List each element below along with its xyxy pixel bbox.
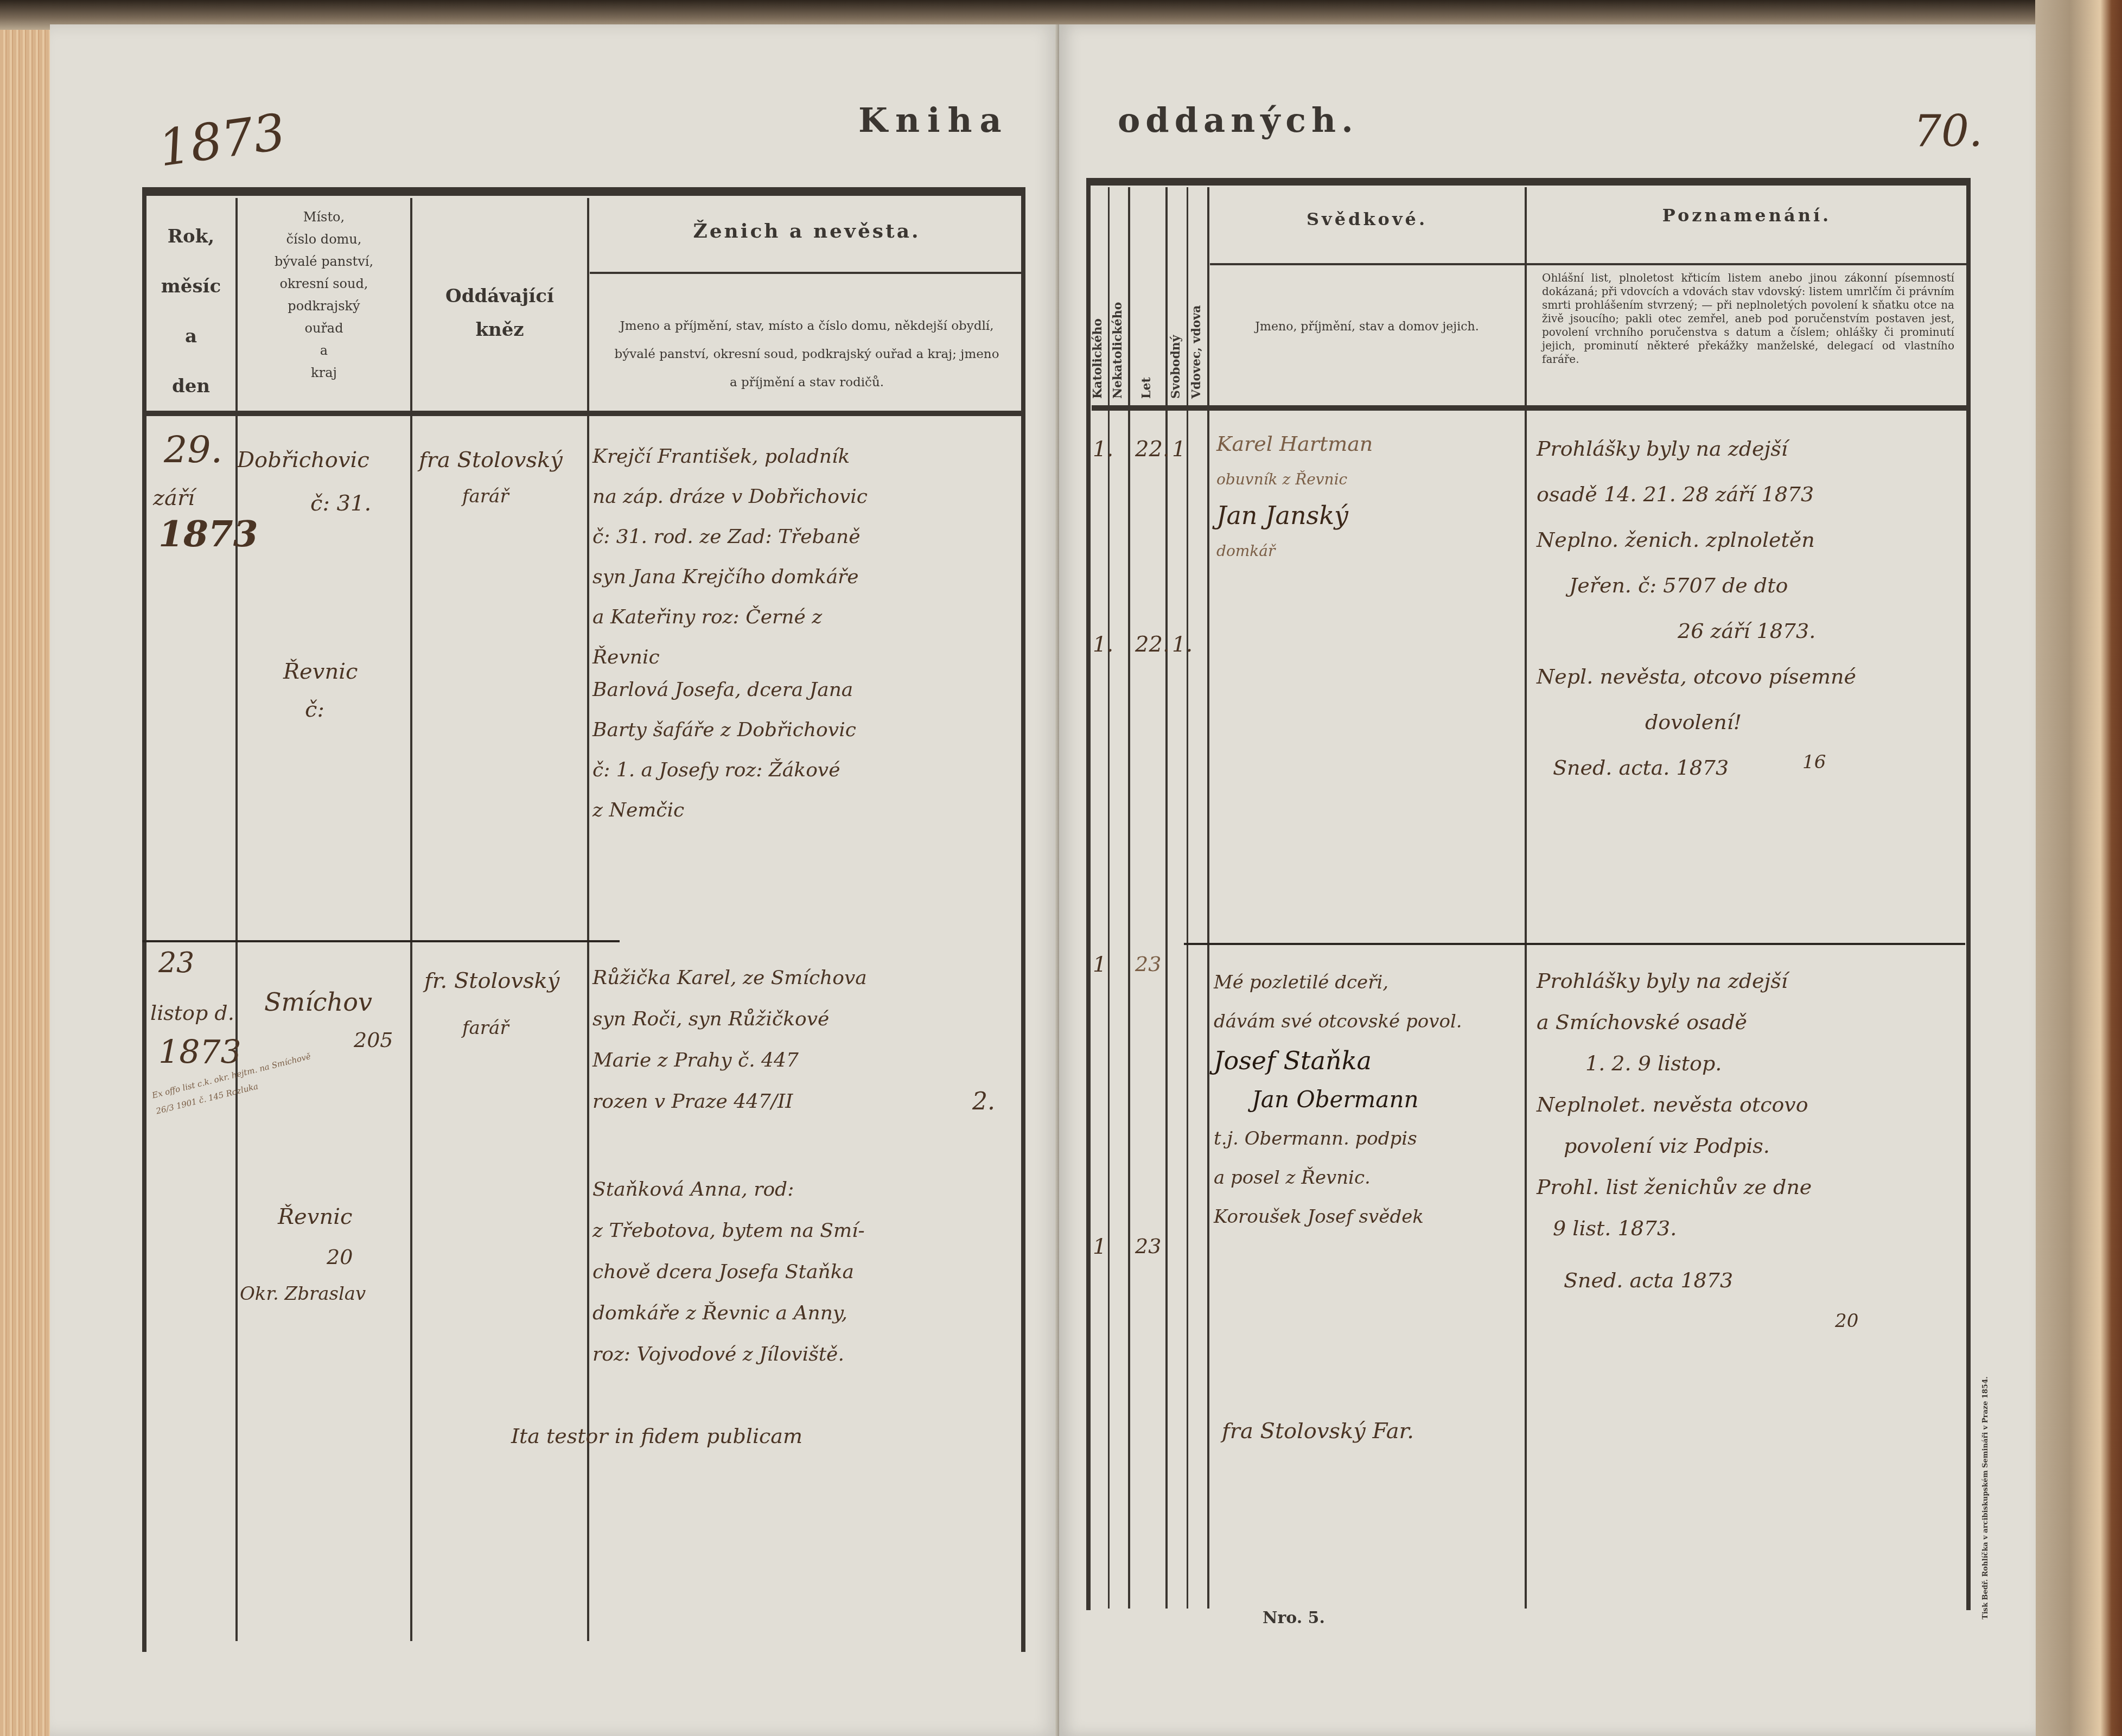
entry-1-bride-place: Řevnic	[283, 659, 358, 684]
open-register-book: 1873 Kniha Rok, měsíc a den Místo, číslo…	[0, 0, 2122, 1736]
title-kniha: Kniha	[858, 100, 1009, 140]
title-oddanych: oddaných.	[1118, 100, 1359, 140]
header-place-line: bývalé panství,	[240, 251, 408, 273]
entry-2-bride: Staňková Anna, rod: z Třebotova, bytem n…	[592, 1169, 865, 1375]
text-line: na záp. dráze v Dobřichovic	[592, 477, 868, 517]
header-date-den: den	[148, 361, 234, 411]
text-line: a Smíchovské osadě	[1537, 1001, 1812, 1043]
text-line: Jan Janský	[1216, 497, 1373, 533]
header-date-col: Rok, měsíc a den	[148, 212, 234, 411]
entry-1-month: září	[153, 486, 195, 510]
text-line: Jeřen. č: 5707 de dto	[1537, 563, 1856, 608]
entry-2-acta-number: 20	[1835, 1310, 1858, 1332]
entry-2-priest-signature: fra Stolovský Far.	[1222, 1419, 1414, 1444]
text-line: Koroušek Josef svědek	[1214, 1197, 1462, 1236]
page-number: 70.	[1914, 106, 1983, 156]
entry-2-groom-age: 23	[1135, 952, 1161, 976]
header-remarks-desc: Ohlášní list, plnoletost křticím listem …	[1542, 271, 1954, 366]
text-line: Staňková Anna, rod:	[592, 1169, 865, 1210]
text-line: povolení viz Podpis.	[1537, 1125, 1812, 1166]
entry-1-acta-number: 16	[1802, 751, 1826, 773]
entry-1-groom-place: Dobřichovic	[237, 448, 369, 473]
text-line: domkáře z Řevnic a Anny,	[592, 1293, 865, 1334]
entry-1-bride-single: 1.	[1172, 632, 1193, 657]
entry-2-groom-catholic: 1	[1093, 952, 1106, 977]
entry-2-bride-age: 23	[1135, 1234, 1161, 1258]
entry-1-bride-catholic: 1.	[1093, 632, 1113, 657]
text-line: a Kateřiny roz: Černé z	[592, 597, 868, 637]
entry-1-witnesses: Karel Hartman obuvník z Řevnic Jan Jansk…	[1216, 426, 1373, 569]
header-nekatolickeho: Nekatolického	[1111, 203, 1125, 399]
right-page: oddaných. 70. Katolického Nekatolického …	[1059, 24, 2036, 1736]
page-stack-right-edge	[2035, 0, 2122, 1736]
text-line: syn Roči, syn Růžičkové	[592, 999, 867, 1040]
entry-1-remarks: Prohlášky byly na zdejší osadě 14. 21. 2…	[1537, 426, 1856, 790]
entry-2-month: listop d.	[150, 1001, 234, 1025]
text-line: chově dcera Josefa Staňka	[592, 1252, 865, 1293]
text-line: Josef Staňka	[1214, 1041, 1462, 1080]
text-line: domkář	[1216, 533, 1373, 569]
entry-1-day: 29.	[164, 429, 222, 471]
header-place-line: podkrajský	[240, 295, 408, 317]
entry-2-day: 23	[158, 947, 194, 979]
entry-1-priest-title: farář	[462, 486, 509, 507]
text-line: Krejčí František, poladník	[592, 437, 868, 477]
text-line: Neplnolet. nevěsta otcovo	[1537, 1084, 1812, 1125]
text-line: 9 list. 1873.	[1537, 1208, 1812, 1249]
header-place-line: Místo,	[240, 206, 408, 228]
entry-1-bride-house: č:	[305, 697, 324, 722]
text-line: č: 31. rod. ze Zad: Třebaně	[592, 517, 868, 557]
header-date-rok: Rok,	[148, 212, 234, 261]
text-line: Neplno. ženich. zplnoletěn	[1537, 517, 1856, 563]
header-vdovec: Vdovec, vdova	[1189, 203, 1203, 399]
page-stack-left-edge	[0, 0, 52, 1736]
header-place-line: a	[240, 340, 408, 362]
entry-1-groom-age: 22.	[1135, 437, 1170, 462]
entry-1-groom-house: č: 31.	[310, 491, 371, 516]
text-line: Nepl. nevěsta, otcovo písemné	[1537, 654, 1856, 699]
text-line: Barlová Josefa, dcera Jana	[592, 670, 856, 710]
text-line: Jan Obermann	[1214, 1080, 1462, 1119]
header-place-line: ouřad	[240, 317, 408, 340]
entry-1-groom-catholic: 1.	[1093, 437, 1113, 462]
header-let: Let	[1139, 203, 1154, 399]
text-line: a posel z Řevnic.	[1214, 1158, 1462, 1197]
text-line: z Třebotova, bytem na Smí-	[592, 1210, 865, 1252]
year-annotation: 1873	[155, 103, 289, 178]
entry-2-remarks: Prohlášky byly na zdejší a Smíchovské os…	[1537, 960, 1812, 1301]
text-line: obuvník z Řevnic	[1216, 462, 1373, 497]
header-witnesses-title: Svědkové.	[1211, 209, 1523, 229]
entry-2-bride-place: Řevnic	[278, 1204, 352, 1229]
text-line: dávám své otcovské povol.	[1214, 1002, 1462, 1041]
entry-2-bride-catholic: 1	[1093, 1234, 1106, 1259]
header-remarks-title: Poznamenání.	[1528, 205, 1965, 226]
text-line: č: 1. a Josefy roz: Žákové	[592, 750, 856, 790]
entry-2-bride-district: Okr. Zbraslav	[240, 1283, 366, 1305]
entry-1-priest: fra Stolovský	[419, 448, 563, 473]
header-priest-line: Oddávající	[413, 279, 586, 313]
text-line: dovolení!	[1537, 699, 1856, 745]
header-date-a: a	[148, 311, 234, 361]
text-line: 26 září 1873.	[1537, 608, 1856, 654]
entry-2-groom-place: Smíchov	[264, 987, 372, 1017]
header-place-col: Místo, číslo domu, bývalé panství, okres…	[240, 206, 408, 384]
text-line: Marie z Prahy č. 447	[592, 1040, 867, 1081]
entry-2-groom-mark: 2.	[972, 1088, 995, 1115]
printer-imprint: Tisk Bedř. Rohlíčka v arcibiskupském Sem…	[1981, 1316, 1990, 1619]
text-line: Sned. acta 1873	[1537, 1260, 1812, 1301]
header-katolickeho: Katolického	[1091, 203, 1105, 399]
text-line: t.j. Obermann. podpis	[1214, 1119, 1462, 1158]
text-line: osadě 14. 21. 28 září 1873	[1537, 471, 1856, 517]
text-line: Prohlášky byly na zdejší	[1537, 960, 1812, 1001]
text-line: Barty šafáře z Dobřichovic	[592, 710, 856, 750]
text-line: 1. 2. 9 listop.	[1537, 1043, 1812, 1084]
entry-2-groom-house: 205	[354, 1028, 393, 1052]
header-couple-desc: Jmeno a příjmění, stav, místo a číslo do…	[609, 312, 1005, 397]
entry-2-priest-title: farář	[462, 1017, 509, 1039]
entry-1-year: 1873	[158, 513, 258, 555]
entry-1-bride-age: 22.	[1135, 632, 1170, 657]
text-line: z Nemčic	[592, 790, 856, 831]
entry-2-bride-house: 20	[327, 1245, 353, 1269]
header-date-mesic: měsíc	[148, 261, 234, 311]
header-place-line: číslo domu,	[240, 228, 408, 251]
text-line: Prohl. list ženichův ze dne	[1537, 1166, 1812, 1208]
left-page: 1873 Kniha Rok, měsíc a den Místo, číslo…	[50, 24, 1059, 1736]
entry-2-groom: Růžička Karel, ze Smíchova syn Roči, syn…	[592, 958, 867, 1122]
text-line: rozen v Praze 447/II	[592, 1081, 867, 1122]
entry-2-year: 1873	[158, 1033, 241, 1071]
entry-1-groom: Krejčí František, poladník na záp. dráze…	[592, 437, 868, 678]
header-witnesses-desc: Jmeno, příjmění, stav a domov jejich.	[1211, 320, 1523, 334]
text-line: syn Jana Krejčího domkáře	[592, 557, 868, 597]
header-priest-line: kněz	[413, 313, 586, 347]
text-line: Prohlášky byly na zdejší	[1537, 426, 1856, 471]
entry-2-priest: fr. Stolovský	[424, 968, 559, 993]
entry-1-bride: Barlová Josefa, dcera Jana Barty šafáře …	[592, 670, 856, 831]
form-number: Nro. 5.	[1263, 1609, 1325, 1627]
header-priest-col: Oddávající kněz	[413, 279, 586, 347]
text-line: Mé pozletilé dceři,	[1214, 963, 1462, 1002]
text-line: roz: Vojvodové z Jíloviště.	[592, 1334, 865, 1375]
entry-2-attestation: Ita testor in fidem publicam	[511, 1424, 802, 1448]
entry-2-witnesses: Mé pozletilé dceři, dávám své otcovské p…	[1214, 963, 1462, 1236]
header-svobodny: Svobodný	[1169, 203, 1183, 399]
header-place-line: kraj	[240, 362, 408, 384]
entry-1-groom-single: 1	[1172, 437, 1186, 462]
text-line: Růžička Karel, ze Smíchova	[592, 958, 867, 999]
text-line: Karel Hartman	[1216, 426, 1373, 462]
header-couple-title: Ženich a nevěsta.	[590, 220, 1024, 242]
header-place-line: okresní soud,	[240, 273, 408, 295]
